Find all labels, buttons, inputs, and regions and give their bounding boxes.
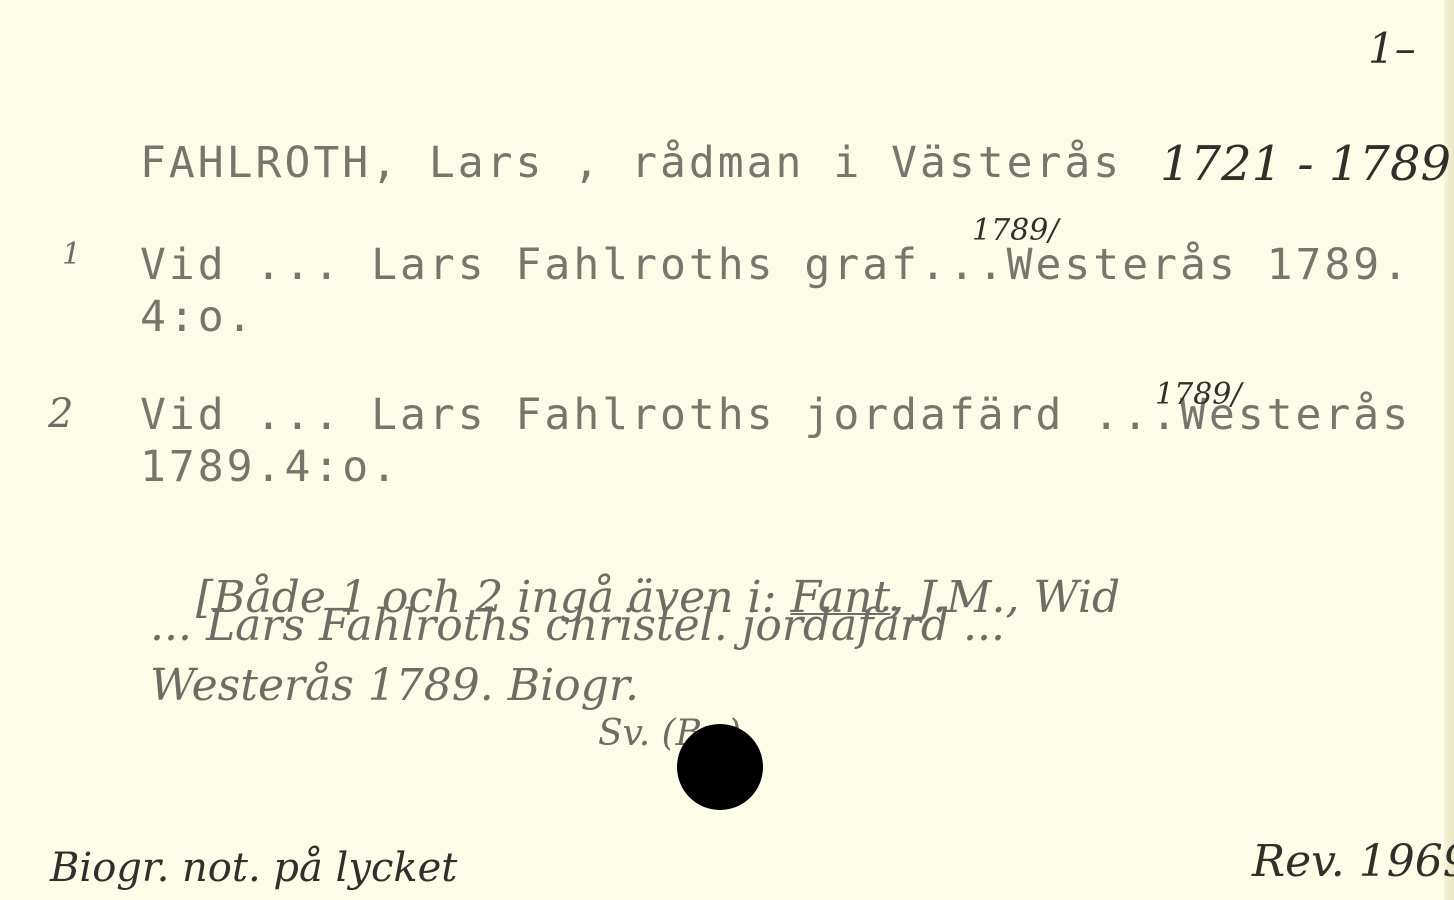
entry-2-marker: 2 bbox=[48, 394, 73, 434]
punch-hole bbox=[677, 724, 763, 810]
entry-2-line2: 1789.4:o. bbox=[140, 446, 400, 489]
footer-left-note: Biogr. not. på lycket bbox=[50, 848, 457, 888]
entry-2-handwritten-year: 1789/ bbox=[1155, 380, 1241, 410]
heading-dates: 1721 - 1789 bbox=[1160, 140, 1451, 188]
entry-1-handwritten-year: 1789/ bbox=[972, 216, 1058, 246]
heading-typed: FAHLROTH, Lars , rådman i Västerås bbox=[140, 142, 1122, 185]
entry-1-marker: 1 bbox=[62, 240, 81, 270]
entry-1-line2: 4:o. bbox=[140, 296, 256, 339]
catalog-card: 1– FAHLROTH, Lars , rådman i Västerås 17… bbox=[0, 0, 1454, 900]
card-number: 1– bbox=[1368, 28, 1416, 70]
entry-1-line1: Vid ... Lars Fahlroths graf...Westerås 1… bbox=[140, 244, 1411, 287]
card-edge bbox=[1444, 0, 1454, 900]
note-line-3: Westerås 1789. Biogr. bbox=[150, 664, 639, 708]
note-line-2: ... Lars Fahlroths christel. jordafärd .… bbox=[150, 604, 1005, 648]
footer-revision: Rev. 1969 bbox=[1252, 840, 1454, 884]
